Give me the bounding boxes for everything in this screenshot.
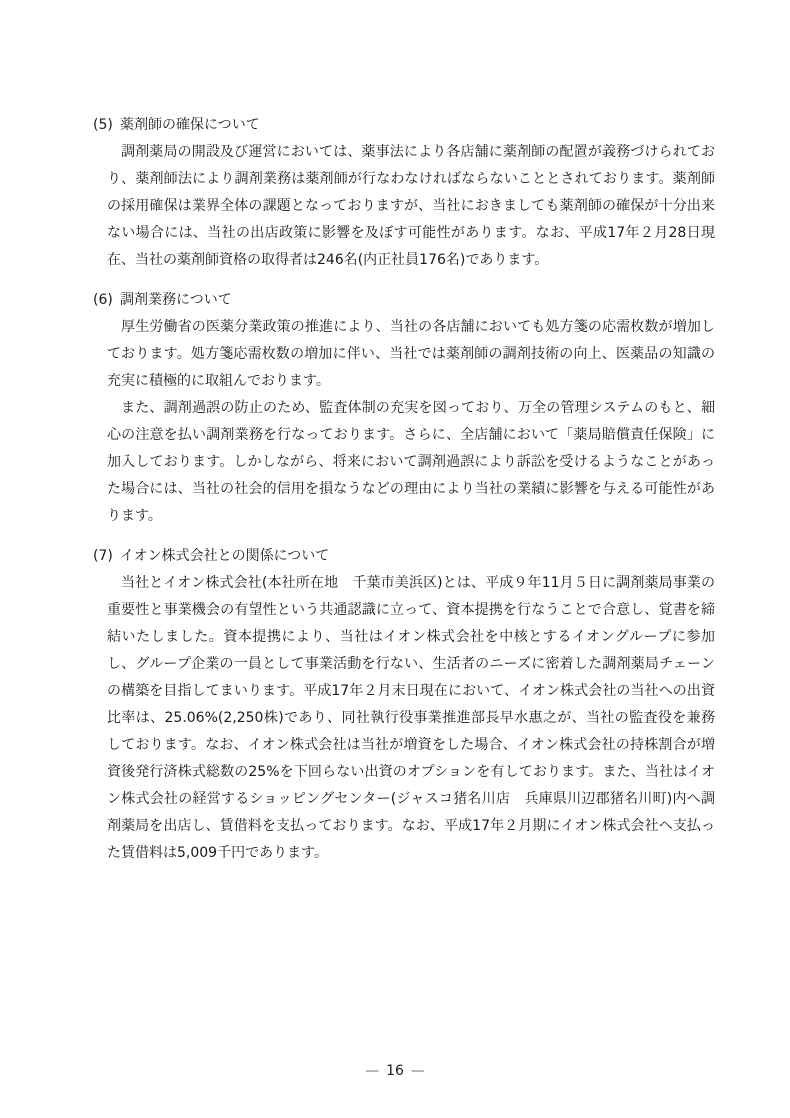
section-5-number: (5) (93, 112, 120, 139)
section-7-number: (7) (93, 543, 120, 570)
page-footer: —16— (0, 1062, 790, 1080)
section-7: (7)イオン株式会社との関係について 当社とイオン株式会社(本社所在地 千葉市美… (93, 543, 715, 867)
section-5: (5)薬剤師の確保について 調剤薬局の開設及び運営においては、薬事法により各店舗… (93, 112, 715, 274)
page-number: 16 (386, 1063, 404, 1079)
section-6-number: (6) (93, 287, 120, 314)
section-7-paragraph-1: 当社とイオン株式会社(本社所在地 千葉市美浜区)とは、平成９年11月５日に調剤薬… (107, 570, 715, 867)
section-5-title: 薬剤師の確保について (120, 117, 260, 133)
section-6-paragraph-2: また、調剤過誤の防止のため、監査体制の充実を図っており、万全の管理システムのもと… (107, 395, 715, 530)
section-5-heading: (5)薬剤師の確保について (93, 112, 715, 139)
document-page: (5)薬剤師の確保について 調剤薬局の開設及び運営においては、薬事法により各店舗… (0, 0, 790, 1118)
footer-dash-right: — (411, 1063, 425, 1079)
section-6: (6)調剤業務について 厚生労働省の医薬分業政策の推進により、当社の各店舗におい… (93, 287, 715, 530)
section-6-heading: (6)調剤業務について (93, 287, 715, 314)
section-7-title: イオン株式会社との関係について (120, 548, 329, 564)
document-content: (5)薬剤師の確保について 調剤薬局の開設及び運営においては、薬事法により各店舗… (93, 112, 715, 880)
section-5-paragraph-1: 調剤薬局の開設及び運営においては、薬事法により各店舗に薬剤師の配置が義務づけられ… (107, 139, 715, 274)
section-7-heading: (7)イオン株式会社との関係について (93, 543, 715, 570)
footer-dash-left: — (365, 1063, 379, 1079)
section-6-title: 調剤業務について (120, 292, 232, 308)
section-6-paragraph-1: 厚生労働省の医薬分業政策の推進により、当社の各店舗においても処方箋の応需枚数が増… (107, 314, 715, 395)
